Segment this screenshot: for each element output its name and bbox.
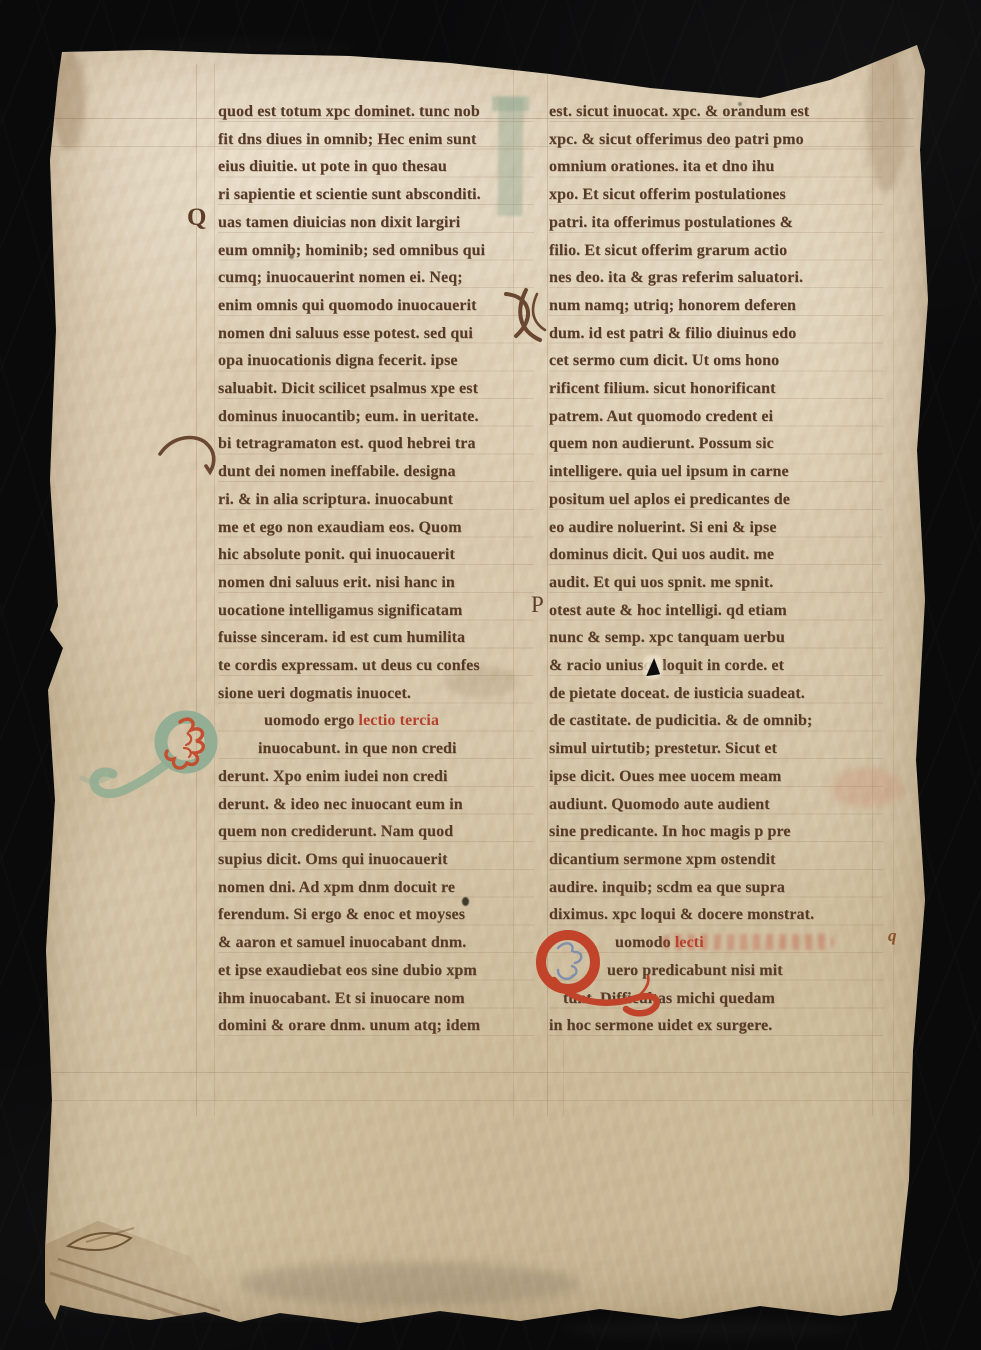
- manuscript-line: nomen dni saluus erit. nisi hanc in: [218, 569, 534, 597]
- manuscript-leaf: quod est totum xpc dominet. tunc nobfit …: [38, 14, 933, 1329]
- manuscript-line: supius dicit. Oms qui inuocauerit: [218, 846, 534, 874]
- manuscript-line: num namq; utriq; honorem deferen: [549, 292, 883, 320]
- manuscript-line: & racio uniusq; loquit in corde. et: [549, 652, 883, 680]
- photo-stage: quod est totum xpc dominet. tunc nobfit …: [0, 0, 981, 1350]
- initial-q-green: [82, 717, 211, 794]
- manuscript-line: & aaron et samuel inuocabant dnm.: [218, 929, 534, 957]
- manuscript-line: dominus dicit. Qui uos audit. me: [549, 541, 883, 569]
- manuscript-line: nunc & semp. xpc tanquam uerbu: [549, 624, 883, 652]
- manuscript-line: derunt. Xpo enim iudei non credi: [218, 763, 534, 791]
- manuscript-line: fit dns diues in omnib; Hec enim sunt: [218, 126, 534, 154]
- manuscript-line: fuisse sinceram. id est cum humilita: [218, 624, 534, 652]
- manuscript-line: patri. ita offerimus postulationes &: [549, 209, 883, 237]
- manuscript-line: eo audire noluerint. Si eni & ipse: [549, 514, 883, 542]
- manuscript-line: positum uel aplos ei predicantes de: [549, 486, 883, 514]
- manuscript-line: xpo. Et sicut offerim postulationes: [549, 181, 883, 209]
- manuscript-line: de pietate doceat. de iusticia suadeat.: [549, 680, 883, 708]
- manuscript-line: quem non crediderunt. Nam quod: [218, 818, 534, 846]
- manuscript-line: te cordis expressam. ut deus cu confes: [218, 652, 534, 680]
- manuscript-line: tunt. Difficultas michi quedam: [549, 985, 883, 1013]
- manuscript-line: xpc. & sicut offerimus deo patri pmo: [549, 126, 883, 154]
- manuscript-line: domini & orare dnm. unum atq; idem: [218, 1012, 534, 1040]
- manuscript-line: bi tetragramaton est. quod hebrei tra: [218, 430, 534, 458]
- quire-mark: q: [888, 926, 897, 946]
- manuscript-line: ferendum. Si ergo & enoc et moyses: [218, 901, 534, 929]
- manuscript-line: sione ueri dogmatis inuocet.: [218, 680, 534, 708]
- margin-initial-q: Q: [187, 204, 206, 232]
- manuscript-line: uas tamen diuicias non dixit largiri: [218, 209, 534, 237]
- manuscript-line: omnium orationes. ita et dno ihu: [549, 153, 883, 181]
- manuscript-line: eum omnib; hominib; sed omnibus qui: [218, 237, 534, 265]
- manuscript-line: nomen dni. Ad xpm dnm docuit re: [218, 874, 534, 902]
- text-column-left: quod est totum xpc dominet. tunc nobfit …: [218, 98, 534, 1040]
- manuscript-line: cet sermo cum dicit. Ut oms hono: [549, 347, 883, 375]
- text-column-right: est. sicut inuocat. xpc. & orandum estxp…: [549, 98, 883, 1040]
- manuscript-line: uero predicabunt nisi mit: [549, 957, 883, 985]
- manuscript-line: audire. inquib; scdm ea que supra: [549, 874, 883, 902]
- cloth-wrinkle: [560, 1320, 860, 1338]
- manuscript-line: uocatione intelligamus significatam: [218, 597, 534, 625]
- manuscript-line: dicantium sermone xpm ostendit: [549, 846, 883, 874]
- manuscript-line: intelligere. quia uel ipsum in carne: [549, 458, 883, 486]
- manuscript-line: otest aute & hoc intelligi. qd etiam: [549, 597, 883, 625]
- ruling-line: [52, 1100, 910, 1101]
- grey-smudge: [240, 1262, 580, 1306]
- margin-initial-v-icon: [160, 438, 214, 472]
- manuscript-line: ipse dicit. Oues mee uocem meam: [549, 763, 883, 791]
- margin-initial-p: P: [531, 592, 544, 618]
- manuscript-line: dum. id est patri & filio diuinus edo: [549, 320, 883, 348]
- faded-rubric-trace: [662, 934, 834, 950]
- manuscript-line: enim omnis qui quomodo inuocauerit: [218, 292, 534, 320]
- manuscript-line: inuocabunt. in que non credi: [218, 735, 534, 763]
- manuscript-line: simul uirtutib; prestetur. Sicut et: [549, 735, 883, 763]
- manuscript-line: quem non audierunt. Possum sic: [549, 430, 883, 458]
- ruling-line: [893, 64, 894, 1116]
- manuscript-line: sine predicante. In hoc magis p pre: [549, 818, 883, 846]
- manuscript-line: cumq; inuocauerint nomen ei. Neq;: [218, 264, 534, 292]
- manuscript-line: uomodo ergo lectio tercia: [218, 707, 534, 735]
- manuscript-line: diximus. xpc loqui & docere monstrat.: [549, 901, 883, 929]
- ruling-line: [52, 1072, 910, 1073]
- manuscript-line: saluabit. Dicit scilicet psalmus xpe est: [218, 375, 534, 403]
- manuscript-line: opa inuocationis digna fecerit. ipse: [218, 347, 534, 375]
- manuscript-line: eius diuitie. ut pote in quo thesau: [218, 153, 534, 181]
- manuscript-line: ihm inuocabant. Et si inuocare nom: [218, 985, 534, 1013]
- ruling-line: [563, 1040, 564, 1116]
- manuscript-line: patrem. Aut quomodo credent ei: [549, 403, 883, 431]
- ruling-line: [547, 64, 548, 1116]
- manuscript-line: dominus inuocantib; eum. in ueritate.: [218, 403, 534, 431]
- manuscript-line: me et ego non exaudiam eos. Quom: [218, 514, 534, 542]
- manuscript-line: est. sicut inuocat. xpc. & orandum est: [549, 98, 883, 126]
- manuscript-line: in hoc sermone uidet ex surgere.: [549, 1012, 883, 1040]
- manuscript-line: rificent filium. sicut honorificant: [549, 375, 883, 403]
- manuscript-line: nes deo. ita & gras referim saluatori.: [549, 264, 883, 292]
- manuscript-line: audit. Et qui uos spnit. me spnit.: [549, 569, 883, 597]
- manuscript-line: hic absolute ponit. qui inuocauerit: [218, 541, 534, 569]
- manuscript-line: audiunt. Quomodo aute audient: [549, 791, 883, 819]
- manuscript-line: ri sapientie et scientie sunt absconditi…: [218, 181, 534, 209]
- manuscript-line: filio. Et sicut offerim grarum actio: [549, 237, 883, 265]
- manuscript-line: derunt. & ideo nec inuocant eum in: [218, 791, 534, 819]
- manuscript-line: de castitate. de pudicitia. & de omnib;: [549, 707, 883, 735]
- manuscript-line: nomen dni saluus esse potest. sed qui: [218, 320, 534, 348]
- manuscript-line: quod est totum xpc dominet. tunc nob: [218, 98, 534, 126]
- manuscript-line: et ipse exaudiebat eos sine dubio xpm: [218, 957, 534, 985]
- manuscript-line: dunt dei nomen ineffabile. designa: [218, 458, 534, 486]
- rubric-text: lectio tercia: [359, 712, 440, 729]
- ruling-line: [214, 64, 215, 1116]
- manuscript-line: ri. & in alia scriptura. inuocabunt: [218, 486, 534, 514]
